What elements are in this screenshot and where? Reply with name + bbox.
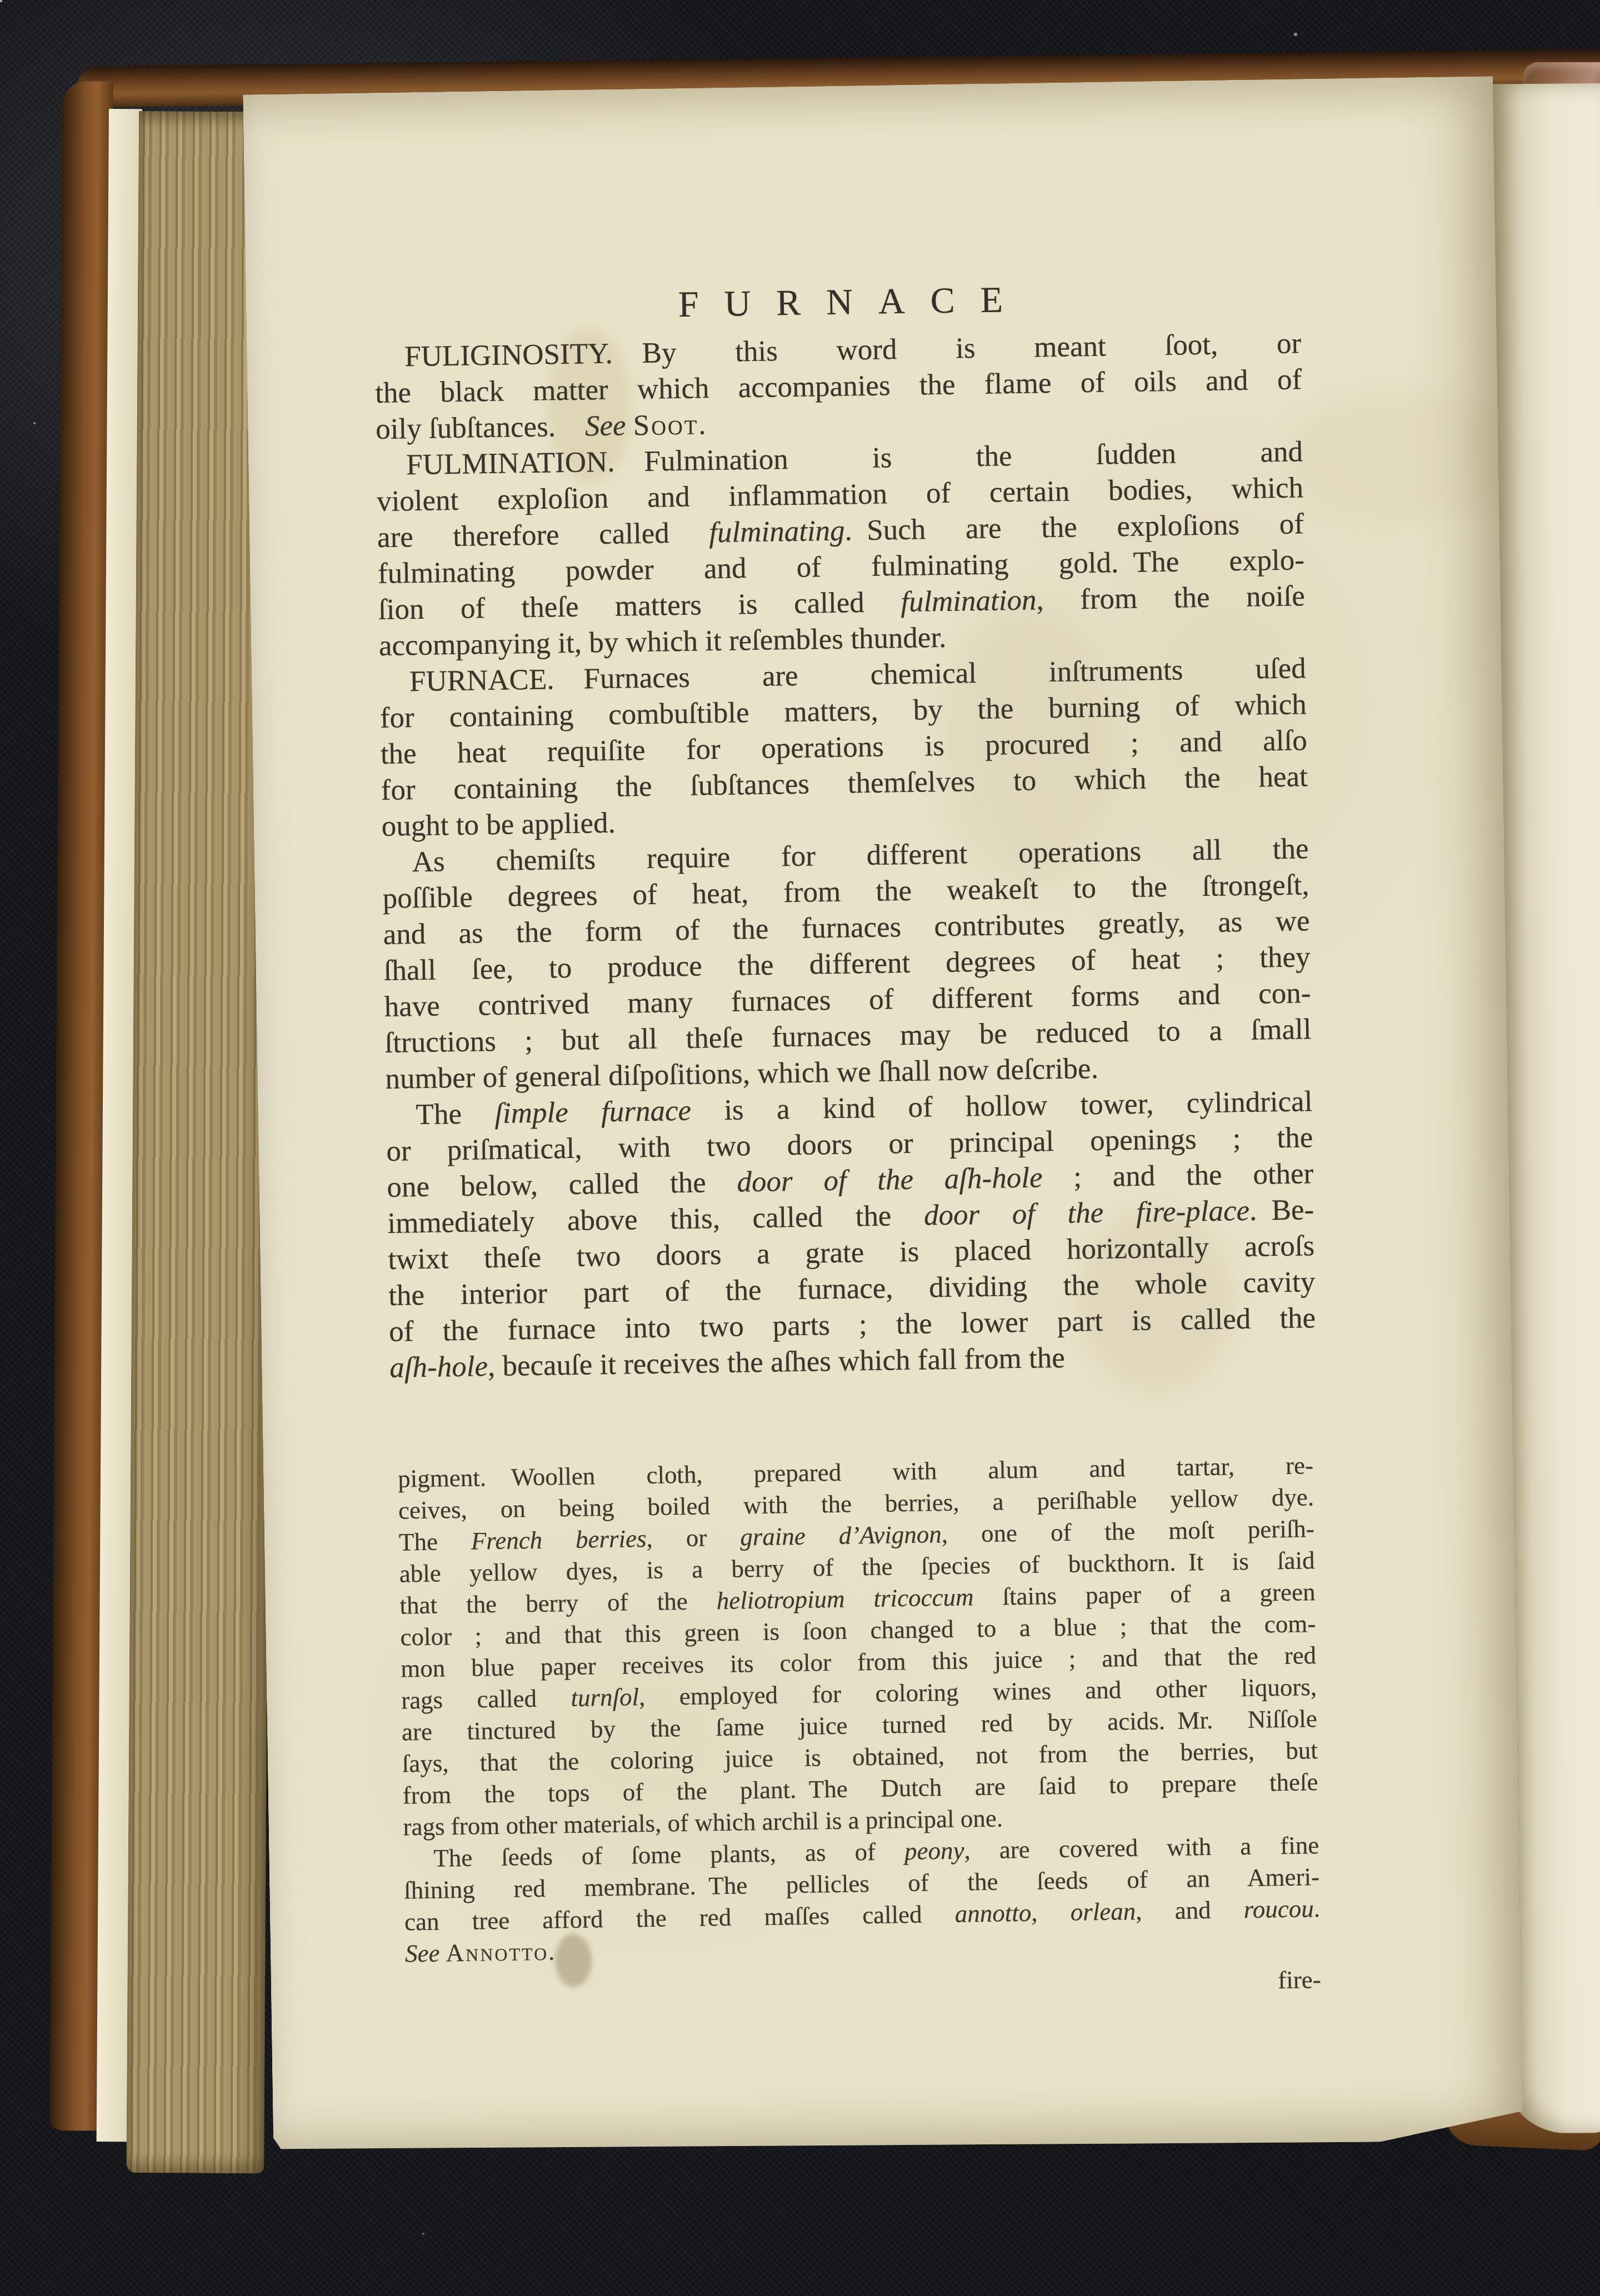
- paragraph: FURNACE. Furnaces are chemical inſtrumen…: [379, 650, 1308, 845]
- catchword: fire-: [406, 1965, 1322, 2007]
- paragraph: pigment. Woollen cloth, prepared with al…: [398, 1450, 1319, 1843]
- main-text-block: FULIGINOSITY. By this word is meant ſoot…: [374, 325, 1317, 1386]
- page-heading: FURNACE: [373, 274, 1307, 330]
- paragraph: FULMINATION. Fulmination is the ſudden a…: [376, 434, 1306, 664]
- paragraph: The ſeeds of ſome plants, as of peony, a…: [403, 1829, 1321, 1969]
- book-page: FURNACE FULIGINOSITY. By this word is me…: [243, 76, 1523, 2158]
- dust-specks: [0, 0, 2, 2]
- page-stain: [1292, 387, 1527, 523]
- footnote-block: pigment. Woollen cloth, prepared with al…: [398, 1450, 1321, 1969]
- paragraph: As chemiſts require for different operat…: [382, 831, 1312, 1097]
- paragraph: The ſimple furnace is a kind of hollow t…: [386, 1084, 1317, 1386]
- photographed-book-scene: FURNACE FULIGINOSITY. By this word is me…: [0, 0, 1600, 2296]
- paragraph: FULIGINOSITY. By this word is meant ſoot…: [374, 325, 1303, 448]
